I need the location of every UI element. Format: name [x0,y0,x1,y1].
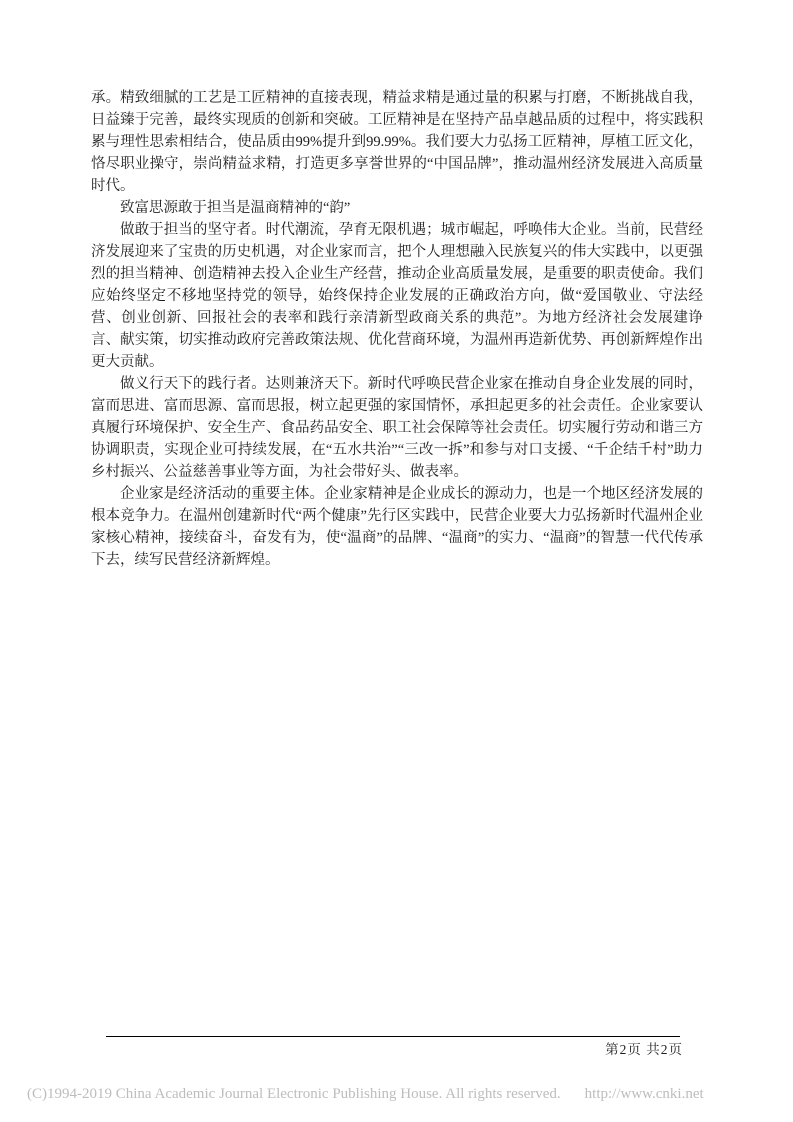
footer-divider [106,1036,680,1037]
paragraph: 做义行天下的践行者。达则兼济天下。新时代呼唤民营企业家在推动自身企业发展的同时，… [91,373,703,483]
paragraph: 做敢于担当的坚守者。时代潮流，孕育无限机遇；城市崛起，呼唤伟大企业。当前，民营经… [91,219,703,373]
cnki-url[interactable]: http://www.cnki.net [585,1086,704,1102]
paragraph-continuation: 承。精致细腻的工艺是工匠精神的直接表现，精益求精是通过量的积累与打磨，不断挑战自… [91,87,703,197]
copyright-notice: (C)1994-2019 China Academic Journal Elec… [27,1084,704,1104]
document-body: 承。精致细腻的工艺是工匠精神的直接表现，精益求精是通过量的积累与打磨，不断挑战自… [91,87,703,571]
section-heading: 致富思源敢于担当是温商精神的“韵” [91,197,703,219]
document-page: 承。精致细腻的工艺是工匠精神的直接表现，精益求精是通过量的积累与打磨，不断挑战自… [0,0,793,1122]
page-number: 第2页 共2页 [605,1041,683,1059]
paragraph: 企业家是经济活动的重要主体。企业家精神是企业成长的源动力，也是一个地区经济发展的… [91,483,703,571]
copyright-text: (C)1994-2019 China Academic Journal Elec… [27,1086,561,1102]
